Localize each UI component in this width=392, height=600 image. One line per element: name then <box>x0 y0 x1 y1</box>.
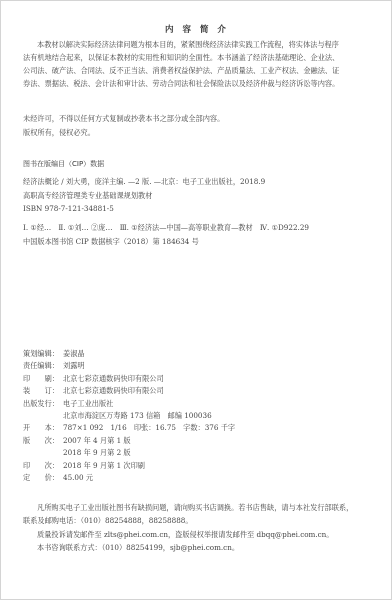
imprint-label: 版次： <box>23 435 59 447</box>
cip-line: 经济法概论 / 刘大勇，庞洋主编. —2 版. —北京：电子工业出版社，2018… <box>23 175 265 189</box>
imprint-row: 责任编辑： 刘露明 <box>23 360 235 372</box>
imprint-row: 北京市海淀区万寿路 173 信箱 邮编 100036 <box>23 410 235 422</box>
imprint-row: 版次： 2007 年 4 月第 1 版 <box>23 435 235 447</box>
imprint-label: 印次： <box>23 460 59 472</box>
summary-line: 法有机地结合起来，以保证本教材的实用性和知识的全面性。本书涵盖了经济法基础理论、… <box>23 51 383 64</box>
summary-line: 券法、票据法、税法、会计法和审计法、劳动合同法和社会保险法以及经济仲裁与经济诉讼… <box>23 77 383 90</box>
imprint-value: 2018 年 9 月第 1 次印刷 <box>63 460 145 472</box>
imprint-value: 2018 年 9 月第 2 版 <box>63 447 131 459</box>
rights-line: 版权所有，侵权必究。 <box>23 126 224 140</box>
imprint-value: 45.00 元 <box>63 472 93 484</box>
label-char: 刷： <box>45 373 59 385</box>
imprint-value: 北京七彩京通数码快印有限公司 <box>63 385 164 397</box>
label-char: 次： <box>45 435 59 447</box>
imprint-row: 定价： 45.00 元 <box>23 472 235 484</box>
imprint-value: 刘露明 <box>63 360 85 372</box>
imprint-label: 装订： <box>23 385 59 397</box>
summary-line: 公司法、破产法、合同法、反不正当法、消费者权益保护法、产品质量法、工业产权法、金… <box>23 64 383 77</box>
label-char: 次： <box>45 460 59 472</box>
imprint-row: 出版发行： 电子工业出版社 <box>23 398 235 410</box>
summary-title: 内 容 简 介 <box>1 23 392 35</box>
imprint-value: 北京市海淀区万寿路 173 信箱 邮编 100036 <box>63 410 212 422</box>
imprint-label: 定价： <box>23 472 59 484</box>
label-char: 价： <box>45 472 59 484</box>
label-char: 开 <box>23 422 30 434</box>
imprint-value: 电子工业出版社 <box>63 398 113 410</box>
notice-line: 质量投诉请发邮件至 zlts@phei.com.cn，盗版侵权举报请发邮件至 d… <box>23 528 383 541</box>
imprint-label <box>23 447 63 459</box>
imprint-row: 装订： 北京七彩京通数码快印有限公司 <box>23 385 235 397</box>
classification-line: Ⅰ. ①经… Ⅱ. ①刘… ②庞… Ⅲ. ①经济法—中国—高等职业教育—教材 Ⅳ… <box>23 221 309 235</box>
imprint-block: 策划编辑： 姜淑晶 责任编辑： 刘露明 印刷： 北京七彩京通数码快印有限公司 装… <box>23 348 235 484</box>
notice-line: 凡所购买电子工业出版社图书有缺损问题，请向购买书店调换。若书店售缺，请与本社发行… <box>23 501 383 514</box>
imprint-row: 印刷： 北京七彩京通数码快印有限公司 <box>23 373 235 385</box>
label-char: 装 <box>23 385 30 397</box>
imprint-value: 姜淑晶 <box>63 348 85 360</box>
imprint-label: 策划编辑： <box>23 348 63 360</box>
imprint-row: 2018 年 9 月第 2 版 <box>23 447 235 459</box>
cip-line: 高职高专经济管理类专业基础课规划教材 <box>23 189 265 203</box>
imprint-row: 开本： 787×1 092 1/16 印张：16.75 字数：376 千字 <box>23 422 235 434</box>
label-char: 版 <box>23 435 30 447</box>
imprint-label <box>23 410 63 422</box>
copyright-page: 内 容 简 介 本教材以解决实际经济法律问题为根本目的，紧紧围绕经济法律实践工作… <box>0 0 392 600</box>
imprint-label: 责任编辑： <box>23 360 63 372</box>
imprint-label: 开本： <box>23 422 59 434</box>
rights-line: 未经许可，不得以任何方式复制或抄袭本书之部分或全部内容。 <box>23 112 224 126</box>
cip-data: 经济法概论 / 刘大勇，庞洋主编. —2 版. —北京：电子工业出版社，2018… <box>23 175 265 216</box>
cip-classification: Ⅰ. ①经… Ⅱ. ①刘… ②庞… Ⅲ. ①经济法—中国—高等职业教育—教材 Ⅳ… <box>23 221 309 249</box>
notice-line: 本书咨询联系方式：（010）88254199，sjb@phei.com.cn。 <box>23 541 383 554</box>
label-char: 订： <box>45 385 59 397</box>
imprint-value: 787×1 092 1/16 印张：16.75 字数：376 千字 <box>63 422 235 434</box>
cip-heading: 图书在版编目（CIP）数据 <box>23 159 104 169</box>
summary-text: 本教材以解决实际经济法律问题为根本目的，紧紧围绕经济法律实践工作流程，将实体法与… <box>23 38 383 90</box>
label-char: 本： <box>45 422 59 434</box>
rights-notice: 未经许可，不得以任何方式复制或抄袭本书之部分或全部内容。 版权所有，侵权必究。 <box>23 112 224 140</box>
summary-line: 本教材以解决实际经济法律问题为根本目的，紧紧围绕经济法律实践工作流程，将实体法与… <box>23 38 383 51</box>
imprint-label: 出版发行： <box>23 398 63 410</box>
notice-line: 联系及邮购电话：（010）88254888，88258888。 <box>23 514 383 527</box>
imprint-label: 印刷： <box>23 373 59 385</box>
purchase-notice: 凡所购买电子工业出版社图书有缺损问题，请向购买书店调换。若书店售缺，请与本社发行… <box>23 501 383 555</box>
cip-line: ISBN 978-7-121-34881-5 <box>23 202 265 216</box>
imprint-row: 印次： 2018 年 9 月第 1 次印刷 <box>23 460 235 472</box>
imprint-row: 策划编辑： 姜淑晶 <box>23 348 235 360</box>
imprint-value: 2007 年 4 月第 1 版 <box>63 435 131 447</box>
label-char: 印 <box>23 460 30 472</box>
imprint-value: 北京七彩京通数码快印有限公司 <box>63 373 164 385</box>
label-char: 定 <box>23 472 30 484</box>
cip-number: 中国版本图书馆 CIP 数据核字（2018）第 184634 号 <box>23 235 309 249</box>
label-char: 印 <box>23 373 30 385</box>
